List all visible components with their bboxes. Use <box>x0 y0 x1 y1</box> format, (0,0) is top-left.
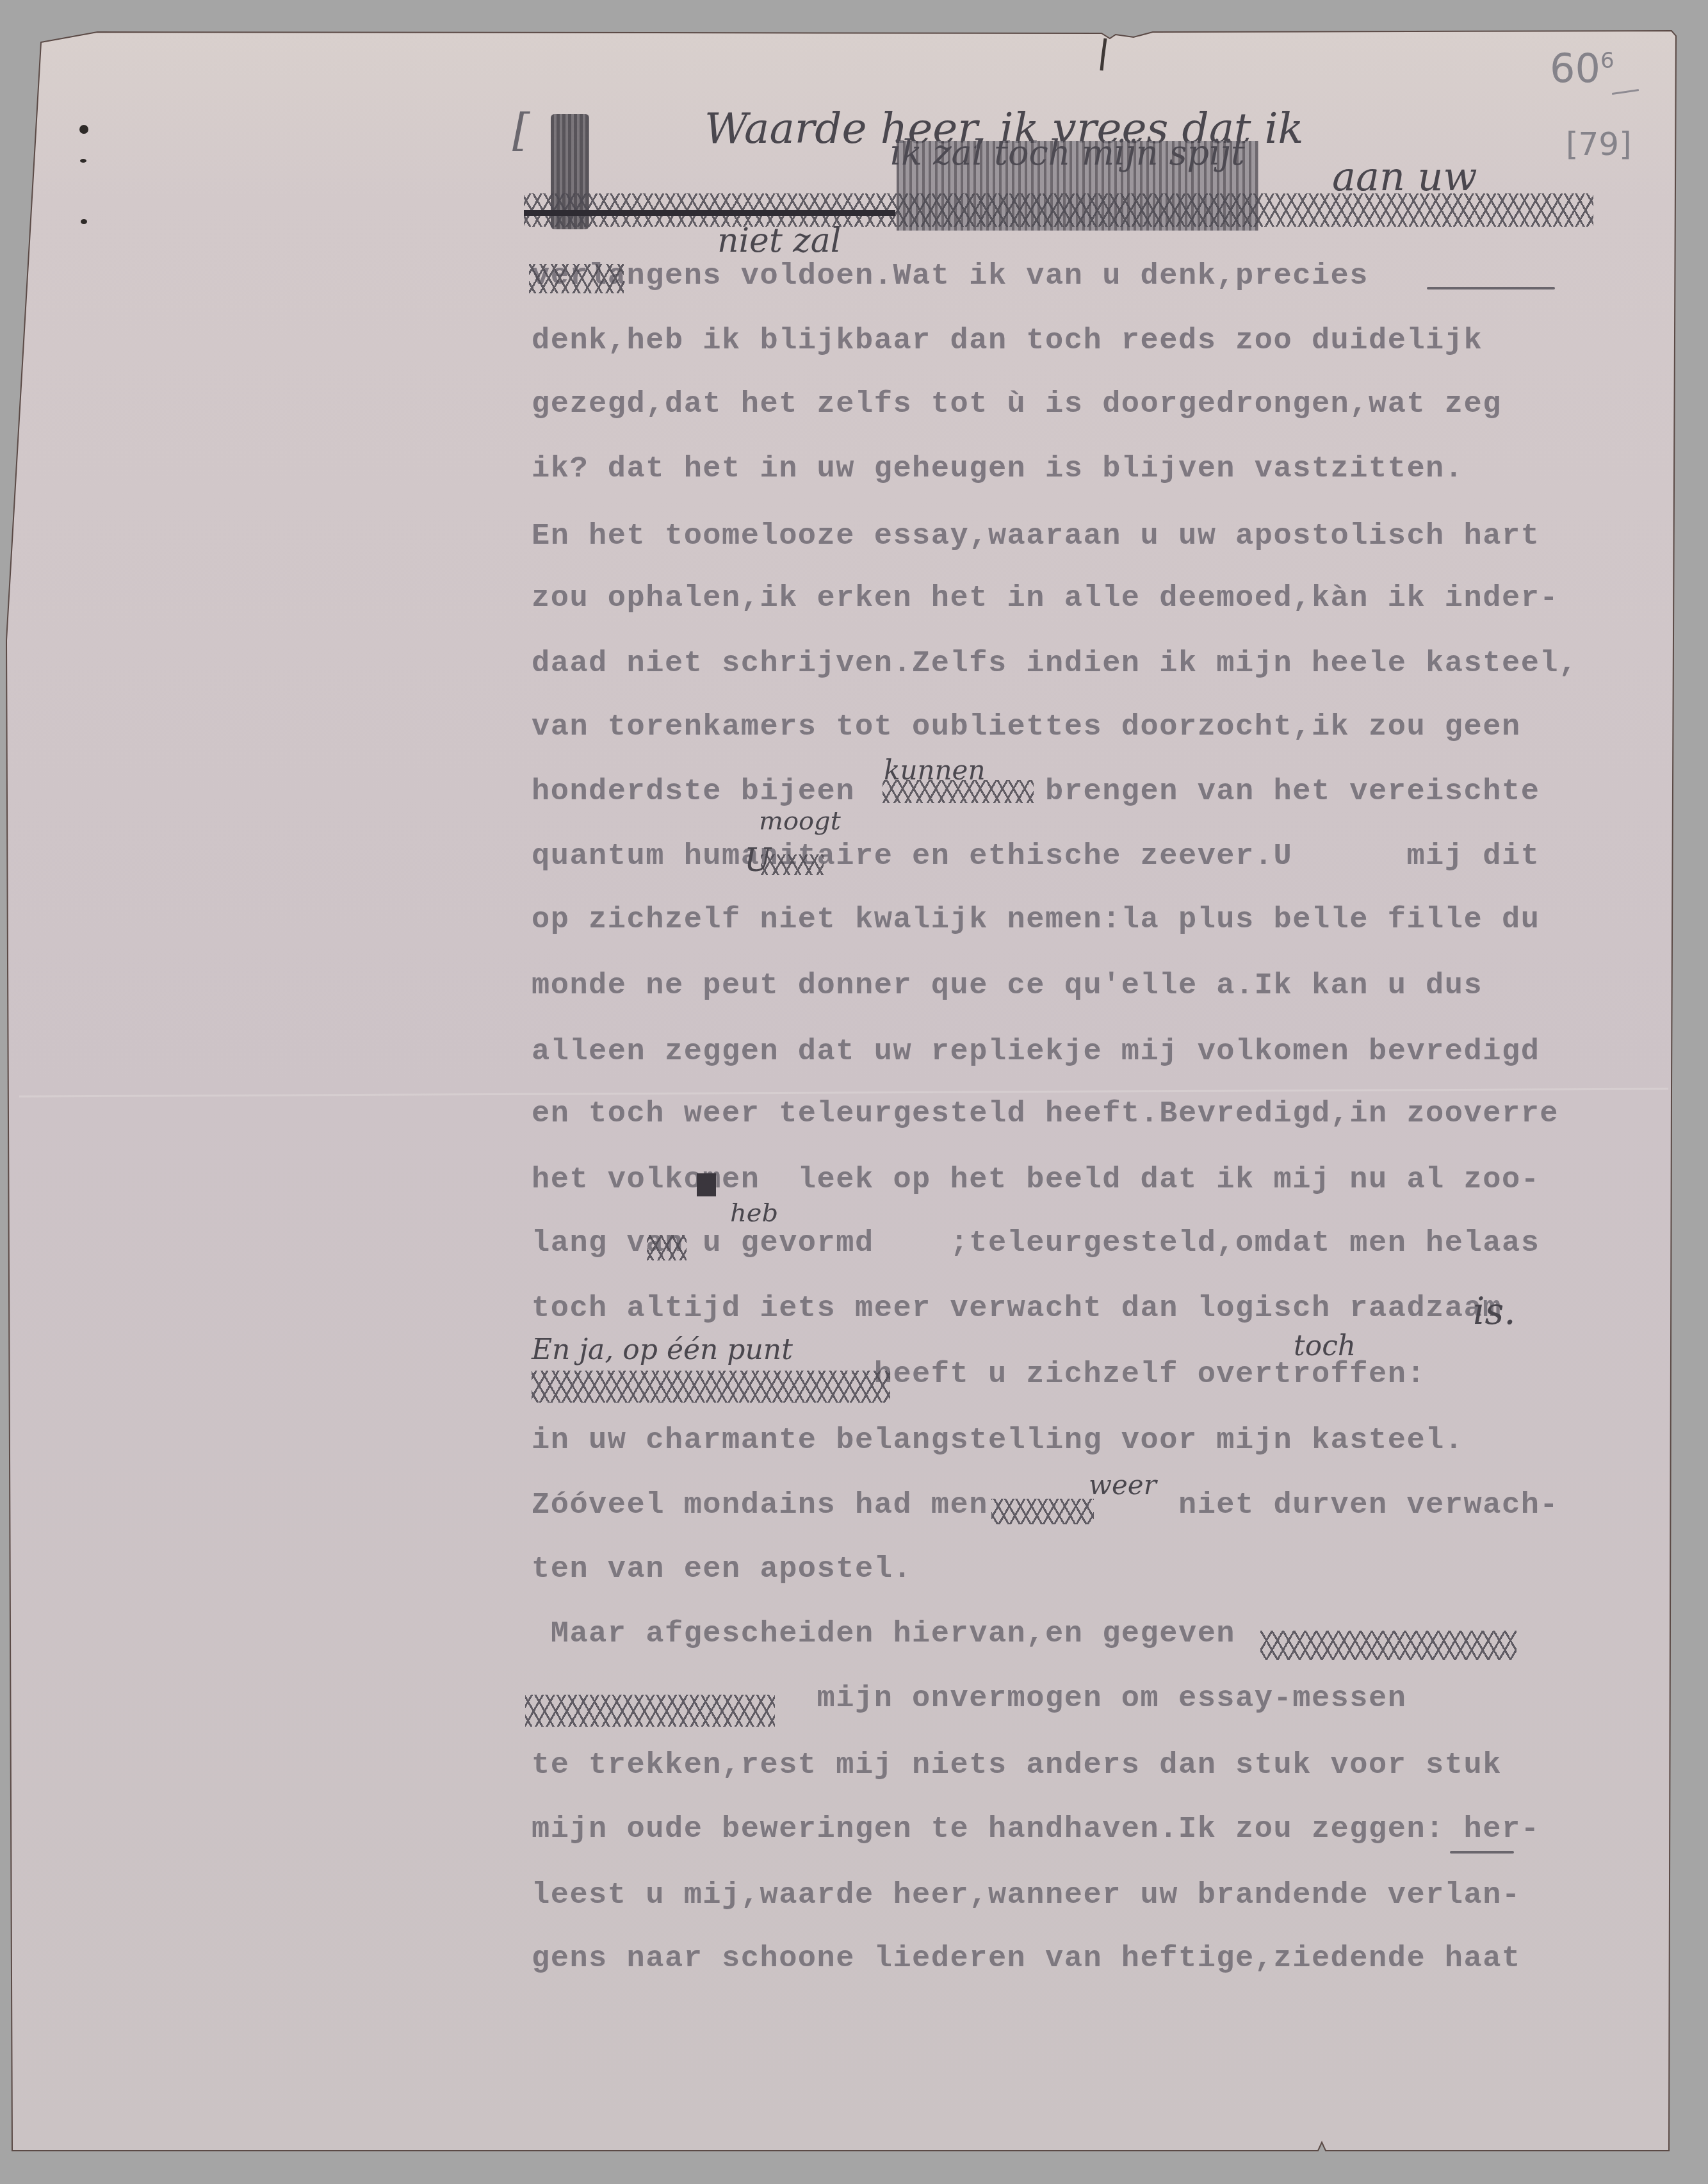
hand-insert-weer: weer <box>1089 1472 1157 1499</box>
zigzag-strike <box>1260 1631 1517 1660</box>
typed-line: toch altijd iets meer verwacht dan logis… <box>532 1291 1502 1327</box>
underline-precies <box>1427 287 1555 289</box>
typed-line: gens naar schoone liederen van heftige,z… <box>532 1941 1521 1977</box>
typed-line: ik? dat het in uw geheugen is blijven va… <box>532 452 1464 487</box>
typed-line: zou ophalen,ik erken het in alle deemoed… <box>532 581 1559 617</box>
pin-hole <box>81 219 87 224</box>
strike-line <box>524 210 895 216</box>
typed-line: te trekken,rest mij niets anders dan stu… <box>532 1748 1502 1784</box>
hand-insert-u: U <box>744 844 771 876</box>
zigzag-strike <box>991 1499 1094 1524</box>
typed-line: gezegd,dat het zelfs tot ù is doorgedron… <box>532 387 1502 423</box>
zigzag-strike <box>529 264 624 293</box>
pin-hole <box>79 125 88 134</box>
pin-hole <box>80 159 86 163</box>
hand-insert-heb: heb <box>730 1200 778 1226</box>
typed-line: op zichzelf niet kwalijk nemen:la plus b… <box>532 902 1540 938</box>
typed-line: en toch weer teleurgesteld heeft.Bevredi… <box>532 1096 1559 1132</box>
hand-insert-niet-zal: niet zal <box>717 224 841 257</box>
typed-line: monde ne peut donner que ce qu'elle a.Ik… <box>532 968 1483 1004</box>
typed-line: ten van een apostel. <box>532 1552 912 1588</box>
zigzag-strike <box>647 1235 687 1260</box>
typed-line: daad niet schrijven.Zelfs indien ik mijn… <box>532 646 1578 682</box>
bracket-page-number: [79] <box>1566 126 1632 163</box>
zigzag-strike <box>532 1371 890 1403</box>
typed-line: verlangens voldoen.Wat ik van u denk,pre… <box>532 259 1369 295</box>
typed-line: in uw charmante belangstelling voor mijn… <box>532 1423 1464 1459</box>
underline-her <box>1450 1851 1514 1854</box>
hand-insert-toch: toch <box>1294 1332 1356 1360</box>
typed-line: alleen zeggen dat uw repliekje mij volko… <box>532 1034 1540 1070</box>
paper-sheet: 606 [79] [ Waarde heer, ik vrees dat ik … <box>0 0 1708 2184</box>
hand-crossed-text: ik zal toch mijn spijt <box>890 136 1245 170</box>
folio-number: 606 <box>1550 45 1614 92</box>
hand-bracket: [ <box>512 108 530 152</box>
typed-line: honderdste bijeen brengen van het vereis… <box>532 774 1540 810</box>
typed-line: quantum humanitaire en ethische zeever.U… <box>532 839 1540 875</box>
hand-header-line2: aan uw <box>1332 157 1477 197</box>
hand-insert-kunnen: kunnen <box>884 757 986 784</box>
hand-insert-en-ja: En ja, op één punt <box>532 1336 793 1364</box>
typed-line: mijn oude beweringen te handhaven.Ik zou… <box>532 1812 1540 1848</box>
hand-insert-is: is. <box>1473 1292 1516 1330</box>
ink-blot <box>697 1173 716 1196</box>
zigzag-strike <box>525 1695 775 1727</box>
hand-insert-moogt: moogt <box>759 808 841 834</box>
typed-line: het volkomen leek op het beeld dat ik mi… <box>532 1162 1540 1198</box>
typed-line: Maar afgescheiden hiervan,en gegeven <box>532 1617 1235 1652</box>
typed-line: denk,heb ik blijkbaar dan toch reeds zoo… <box>532 323 1483 359</box>
typed-line: van torenkamers tot oubliettes doorzocht… <box>532 710 1521 746</box>
typed-line: En het toomelooze essay,waaraan u uw apo… <box>532 519 1540 555</box>
typed-line: leest u mij,waarde heer,wanneer uw brand… <box>532 1878 1521 1914</box>
